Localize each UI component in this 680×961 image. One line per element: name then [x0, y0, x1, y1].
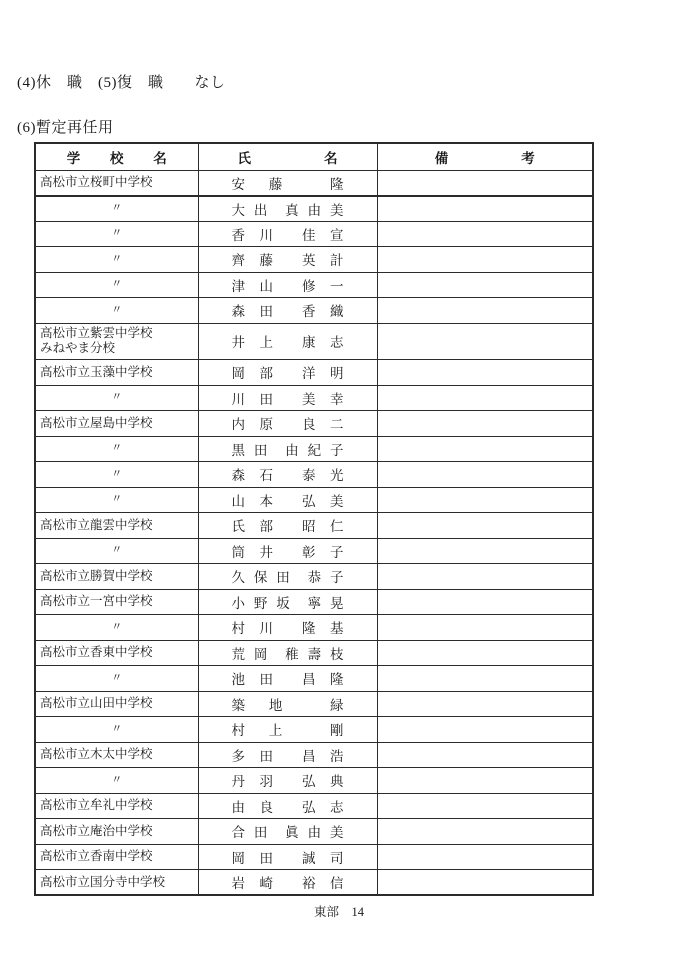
person-name: 多田昌浩: [232, 745, 344, 765]
name-char: 良: [302, 413, 316, 433]
name-char: 枝: [330, 643, 344, 663]
school-name-line: 高松市立玉藻中学校: [40, 365, 198, 380]
page-footer-region-number: 東部 14: [314, 902, 364, 920]
name-char: 由: [308, 821, 322, 841]
school-name-line: 高松市立庵治中学校: [40, 824, 198, 839]
school-cell: 〃: [35, 247, 198, 273]
school-name-line: 高松市立牟礼中学校: [40, 798, 198, 813]
reappointment-table: 学校名氏名備考 高松市立桜町中学校安藤隆〃大出真由美〃香川佳宣〃齊藤英計〃津山修…: [34, 142, 594, 896]
name-char: 緑: [330, 694, 344, 714]
name-char: 志: [330, 331, 344, 351]
table-row: 高松市立牟礼中学校由良弘志: [35, 793, 593, 819]
remarks-cell: [377, 640, 593, 666]
name-cell: 岩崎裕信: [198, 870, 377, 896]
remarks-cell: [377, 247, 593, 273]
remarks-cell: [377, 870, 593, 896]
name-char: 田: [254, 439, 268, 459]
name-cell: 丹羽弘典: [198, 768, 377, 794]
name-char: 石: [260, 464, 274, 484]
name-char: 稚: [285, 643, 299, 663]
person-name: 村上剛: [232, 719, 344, 739]
name-char: 岡: [254, 643, 268, 663]
school-cell: 〃: [35, 768, 198, 794]
name-char: 由: [232, 796, 246, 816]
name-cell: 池田昌隆: [198, 666, 377, 692]
table-row: 〃香川佳宣: [35, 221, 593, 247]
school-name-line: 高松市立木太中学校: [40, 747, 198, 762]
name-cell: 齊藤英計: [198, 247, 377, 273]
name-char: 黒: [232, 439, 246, 459]
remarks-cell: [377, 360, 593, 386]
school-cell: 〃: [35, 666, 198, 692]
remarks-cell: [377, 385, 593, 411]
name-char: 出: [254, 199, 268, 219]
name-char: 田: [276, 566, 290, 586]
name-char: 由: [308, 199, 322, 219]
name-char: 丹: [232, 770, 246, 790]
name-cell: 森石泰光: [198, 462, 377, 488]
name-char: 齊: [232, 249, 246, 269]
name-char: 岡: [232, 847, 246, 867]
school-name-line: 高松市立屋島中学校: [40, 416, 198, 431]
name-char: 裕: [302, 872, 316, 892]
remarks-cell: [377, 666, 593, 692]
name-char: 校: [110, 147, 124, 167]
name-char: 坂: [276, 592, 290, 612]
name-char: 原: [260, 413, 274, 433]
name-char: 誠: [302, 847, 316, 867]
name-char: 晃: [330, 592, 344, 612]
person-name: 川田美幸: [232, 388, 344, 408]
name-cell: 筒井彰子: [198, 538, 377, 564]
person-name: 岡部洋明: [232, 362, 344, 382]
name-char: 上: [269, 719, 283, 739]
person-name: 森石泰光: [232, 464, 344, 484]
name-char: 氏: [232, 515, 246, 535]
person-name: 黒田由紀子: [232, 439, 344, 459]
person-name: 山本弘美: [232, 490, 344, 510]
name-cell: 村川隆基: [198, 615, 377, 641]
table-row: 高松市立庵治中学校合田眞由美: [35, 819, 593, 845]
remarks-cell: [377, 717, 593, 743]
name-char: 美: [330, 490, 344, 510]
name-char: 村: [232, 719, 246, 739]
name-char: 宣: [330, 224, 344, 244]
school-cell: 〃: [35, 196, 198, 222]
name-cell: 津山修一: [198, 272, 377, 298]
table-row: 高松市立紫雲中学校みねやま分校井上康志: [35, 323, 593, 360]
name-cell: 森田香織: [198, 298, 377, 324]
person-name: 井上康志: [232, 331, 344, 351]
remarks-cell: [377, 793, 593, 819]
school-cell: 高松市立香南中学校: [35, 844, 198, 870]
table-row: 高松市立勝賀中学校久保田恭子: [35, 564, 593, 590]
name-char: 大: [232, 199, 246, 219]
name-cell: 築地緑: [198, 691, 377, 717]
name-char: 隆: [302, 617, 316, 637]
remarks-cell: [377, 538, 593, 564]
name-cell: 大出真由美: [198, 196, 377, 222]
name-char: 香: [302, 300, 316, 320]
person-name: 安藤隆: [232, 173, 344, 193]
remarks-cell: [377, 589, 593, 615]
name-char: 上: [260, 331, 274, 351]
name-char: 由: [285, 439, 299, 459]
name-cell: 黒田由紀子: [198, 436, 377, 462]
name-cell: 岡部洋明: [198, 360, 377, 386]
name-char: 香: [232, 224, 246, 244]
table-row: 〃津山修一: [35, 272, 593, 298]
person-name: 合田眞由美: [232, 821, 344, 841]
name-char: 多: [232, 745, 246, 765]
name-char: 荒: [232, 643, 246, 663]
name-char: 子: [330, 541, 344, 561]
name-cell: 井上康志: [198, 323, 377, 360]
table-row: 〃筒井彰子: [35, 538, 593, 564]
name-char: 藤: [269, 173, 283, 193]
school-cell: 〃: [35, 221, 198, 247]
table-row: 高松市立国分寺中学校岩崎裕信: [35, 870, 593, 896]
table-row: 高松市立龍雲中学校氏部昭仁: [35, 513, 593, 539]
school-cell: 〃: [35, 487, 198, 513]
table-row: 高松市立玉藻中学校岡部洋明: [35, 360, 593, 386]
table-row: 〃森石泰光: [35, 462, 593, 488]
name-char: 部: [260, 362, 274, 382]
name-char: 名: [153, 147, 167, 167]
person-name: 久保田恭子: [232, 566, 344, 586]
name-char: 池: [232, 668, 246, 688]
name-char: 田: [260, 847, 274, 867]
name-char: 備: [435, 147, 449, 167]
school-cell: 高松市立国分寺中学校: [35, 870, 198, 896]
name-cell: 久保田恭子: [198, 564, 377, 590]
name-char: 織: [330, 300, 344, 320]
table-row: 〃大出真由美: [35, 196, 593, 222]
name-char: 地: [269, 694, 283, 714]
name-char: 村: [232, 617, 246, 637]
school-name-line: 高松市立龍雲中学校: [40, 518, 198, 533]
school-name-line: 高松市立紫雲中学校: [40, 326, 198, 341]
name-char: 基: [330, 617, 344, 637]
name-cell: 内原良二: [198, 411, 377, 437]
name-char: 小: [232, 592, 246, 612]
name-char: 崎: [260, 872, 274, 892]
name-char: 浩: [330, 745, 344, 765]
name-cell: 安藤隆: [198, 170, 377, 196]
name-char: 井: [260, 541, 274, 561]
school-name-line: 高松市立国分寺中学校: [40, 875, 198, 890]
header-name: 氏名: [198, 143, 377, 170]
person-name: 津山修一: [232, 275, 344, 295]
school-cell: 〃: [35, 298, 198, 324]
person-name: 内原良二: [232, 413, 344, 433]
person-name: 小野坂寧晃: [232, 592, 344, 612]
name-char: 井: [232, 331, 246, 351]
table-row: 〃村川隆基: [35, 615, 593, 641]
name-char: 昌: [302, 668, 316, 688]
table-row: 高松市立山田中学校築地緑: [35, 691, 593, 717]
remarks-cell: [377, 487, 593, 513]
name-char: 昭: [302, 515, 316, 535]
name-char: 田: [260, 300, 274, 320]
name-char: 仁: [330, 515, 344, 535]
name-char: 隆: [330, 173, 344, 193]
name-char: 森: [232, 300, 246, 320]
person-name: 岩崎裕信: [232, 872, 344, 892]
school-cell: 高松市立香東中学校: [35, 640, 198, 666]
name-char: 子: [330, 566, 344, 586]
school-cell: 高松市立一宮中学校: [35, 589, 198, 615]
name-char: 寧: [308, 592, 322, 612]
section-line-leave-reinstatement: (4)休 職 (5)復 職 なし: [17, 71, 225, 92]
name-char: 弘: [302, 490, 316, 510]
table-row: 〃村上剛: [35, 717, 593, 743]
name-char: 弘: [302, 770, 316, 790]
person-name: 池田昌隆: [232, 668, 344, 688]
school-cell: 高松市立玉藻中学校: [35, 360, 198, 386]
name-char: 名: [324, 147, 338, 167]
school-cell: 〃: [35, 385, 198, 411]
name-char: 筒: [232, 541, 246, 561]
name-char: 山: [232, 490, 246, 510]
remarks-cell: [377, 411, 593, 437]
school-cell: 〃: [35, 272, 198, 298]
header-school: 学校名: [35, 143, 198, 170]
person-name: 岡田誠司: [232, 847, 344, 867]
table-row: 〃黒田由紀子: [35, 436, 593, 462]
name-char: 恭: [308, 566, 322, 586]
school-cell: 〃: [35, 436, 198, 462]
name-char: 真: [285, 199, 299, 219]
name-char: 本: [260, 490, 274, 510]
name-char: 考: [521, 147, 535, 167]
name-char: 川: [232, 388, 246, 408]
school-name-line: 高松市立勝賀中学校: [40, 569, 198, 584]
remarks-cell: [377, 819, 593, 845]
name-char: 川: [260, 617, 274, 637]
school-cell: 〃: [35, 615, 198, 641]
school-cell: 〃: [35, 717, 198, 743]
name-char: 二: [330, 413, 344, 433]
table-row: 高松市立香東中学校荒岡稚壽枝: [35, 640, 593, 666]
name-char: 康: [302, 331, 316, 351]
name-char: 美: [302, 388, 316, 408]
name-char: 山: [260, 275, 274, 295]
name-char: 羽: [260, 770, 274, 790]
name-char: 子: [330, 439, 344, 459]
remarks-cell: [377, 196, 593, 222]
name-cell: 岡田誠司: [198, 844, 377, 870]
name-char: 津: [232, 275, 246, 295]
name-char: 弘: [302, 796, 316, 816]
name-char: 田: [254, 821, 268, 841]
name-char: 佳: [302, 224, 316, 244]
person-name: 齊藤英計: [232, 249, 344, 269]
header-remarks-label: 備考: [435, 147, 535, 167]
name-cell: 香川佳宣: [198, 221, 377, 247]
table-row: 高松市立桜町中学校安藤隆: [35, 170, 593, 196]
name-char: 幸: [330, 388, 344, 408]
name-cell: 多田昌浩: [198, 742, 377, 768]
person-name: 村川隆基: [232, 617, 344, 637]
name-cell: 川田美幸: [198, 385, 377, 411]
school-cell: 高松市立牟礼中学校: [35, 793, 198, 819]
remarks-cell: [377, 615, 593, 641]
name-char: 彰: [302, 541, 316, 561]
person-name: 香川佳宣: [232, 224, 344, 244]
school-cell: 高松市立山田中学校: [35, 691, 198, 717]
person-name: 荒岡稚壽枝: [232, 643, 344, 663]
name-char: 紀: [308, 439, 322, 459]
table-row: 〃池田昌隆: [35, 666, 593, 692]
name-char: 藤: [260, 249, 274, 269]
name-cell: 村上剛: [198, 717, 377, 743]
school-cell: 高松市立紫雲中学校みねやま分校: [35, 323, 198, 360]
name-char: 岩: [232, 872, 246, 892]
name-char: 典: [330, 770, 344, 790]
name-char: 合: [232, 821, 246, 841]
table-row: 〃齊藤英計: [35, 247, 593, 273]
header-remarks: 備考: [377, 143, 593, 170]
name-char: 氏: [238, 147, 252, 167]
remarks-cell: [377, 462, 593, 488]
remarks-cell: [377, 170, 593, 196]
name-char: 光: [330, 464, 344, 484]
remarks-cell: [377, 298, 593, 324]
name-char: 川: [260, 224, 274, 244]
header-name-label: 氏名: [238, 147, 338, 167]
school-name-line: 高松市立香南中学校: [40, 849, 198, 864]
name-char: 部: [260, 515, 274, 535]
remarks-cell: [377, 844, 593, 870]
table-header: 学校名氏名備考: [35, 143, 593, 170]
header-school-label: 学校名: [67, 147, 167, 167]
person-name: 森田香織: [232, 300, 344, 320]
name-char: 保: [254, 566, 268, 586]
name-char: 壽: [308, 643, 322, 663]
name-cell: 荒岡稚壽枝: [198, 640, 377, 666]
school-cell: 高松市立屋島中学校: [35, 411, 198, 437]
table-row: 〃森田香織: [35, 298, 593, 324]
name-char: 英: [302, 249, 316, 269]
school-name-line: 高松市立桜町中学校: [40, 175, 198, 190]
school-cell: 高松市立勝賀中学校: [35, 564, 198, 590]
name-char: 泰: [302, 464, 316, 484]
remarks-cell: [377, 768, 593, 794]
person-name: 由良弘志: [232, 796, 344, 816]
school-cell: 高松市立桜町中学校: [35, 170, 198, 196]
name-char: 内: [232, 413, 246, 433]
name-cell: 小野坂寧晃: [198, 589, 377, 615]
remarks-cell: [377, 323, 593, 360]
name-char: 明: [330, 362, 344, 382]
name-char: 一: [330, 275, 344, 295]
remarks-cell: [377, 691, 593, 717]
name-char: 野: [254, 592, 268, 612]
person-name: 氏部昭仁: [232, 515, 344, 535]
school-name-line: 高松市立一宮中学校: [40, 594, 198, 609]
person-name: 築地緑: [232, 694, 344, 714]
name-char: 洋: [302, 362, 316, 382]
name-cell: 山本弘美: [198, 487, 377, 513]
name-char: 司: [330, 847, 344, 867]
name-char: 剛: [330, 719, 344, 739]
name-char: 計: [330, 249, 344, 269]
remarks-cell: [377, 272, 593, 298]
school-branch-line: みねやま分校: [40, 341, 198, 356]
school-cell: 高松市立木太中学校: [35, 742, 198, 768]
name-cell: 由良弘志: [198, 793, 377, 819]
school-name-line: 高松市立山田中学校: [40, 696, 198, 711]
section-heading-provisional-reappointment: (6)暫定再任用: [17, 116, 114, 137]
name-char: 修: [302, 275, 316, 295]
name-char: 田: [260, 745, 274, 765]
name-char: 良: [260, 796, 274, 816]
school-name-line: 高松市立香東中学校: [40, 645, 198, 660]
name-char: 眞: [285, 821, 299, 841]
remarks-cell: [377, 513, 593, 539]
name-char: 美: [330, 821, 344, 841]
remarks-cell: [377, 436, 593, 462]
school-cell: 高松市立龍雲中学校: [35, 513, 198, 539]
name-char: 昌: [302, 745, 316, 765]
table-row: 高松市立屋島中学校内原良二: [35, 411, 593, 437]
name-char: 安: [232, 173, 246, 193]
person-name: 丹羽弘典: [232, 770, 344, 790]
remarks-cell: [377, 742, 593, 768]
name-char: 隆: [330, 668, 344, 688]
remarks-cell: [377, 564, 593, 590]
table-body: 高松市立桜町中学校安藤隆〃大出真由美〃香川佳宣〃齊藤英計〃津山修一〃森田香織高松…: [35, 170, 593, 895]
table-row: 高松市立一宮中学校小野坂寧晃: [35, 589, 593, 615]
school-cell: 高松市立庵治中学校: [35, 819, 198, 845]
header-row: 学校名氏名備考: [35, 143, 593, 170]
name-char: 学: [67, 147, 81, 167]
person-name: 筒井彰子: [232, 541, 344, 561]
name-cell: 氏部昭仁: [198, 513, 377, 539]
person-name: 大出真由美: [232, 199, 344, 219]
table-row: 高松市立香南中学校岡田誠司: [35, 844, 593, 870]
table-row: 〃丹羽弘典: [35, 768, 593, 794]
name-char: 岡: [232, 362, 246, 382]
school-cell: 〃: [35, 538, 198, 564]
name-char: 田: [260, 388, 274, 408]
name-char: 信: [330, 872, 344, 892]
name-cell: 合田眞由美: [198, 819, 377, 845]
table-row: 〃山本弘美: [35, 487, 593, 513]
table-row: 高松市立木太中学校多田昌浩: [35, 742, 593, 768]
name-char: 森: [232, 464, 246, 484]
table-row: 〃川田美幸: [35, 385, 593, 411]
name-char: 志: [330, 796, 344, 816]
name-char: 田: [260, 668, 274, 688]
name-char: 築: [232, 694, 246, 714]
name-char: 美: [330, 199, 344, 219]
name-char: 久: [232, 566, 246, 586]
school-cell: 〃: [35, 462, 198, 488]
remarks-cell: [377, 221, 593, 247]
